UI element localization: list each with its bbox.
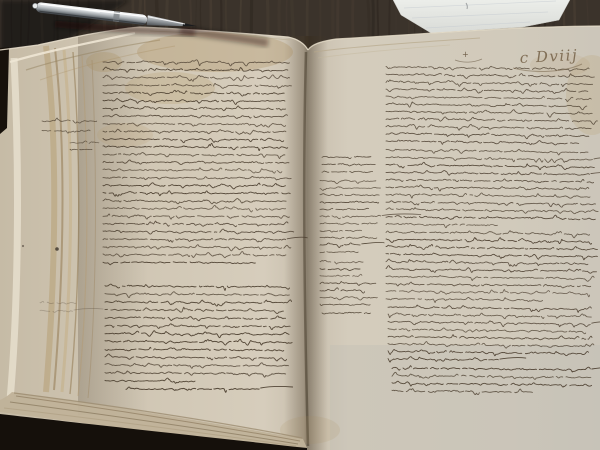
right-page-cool-shading bbox=[330, 345, 600, 450]
cross-glyph: + bbox=[462, 50, 469, 59]
pen-cap-knob bbox=[32, 3, 38, 9]
manuscript-photo: c Dviij + bbox=[0, 0, 600, 450]
photo-canvas: c Dviij + bbox=[0, 0, 600, 450]
book: c Dviij + bbox=[0, 26, 600, 450]
folio-number: c Dviij bbox=[519, 46, 578, 67]
